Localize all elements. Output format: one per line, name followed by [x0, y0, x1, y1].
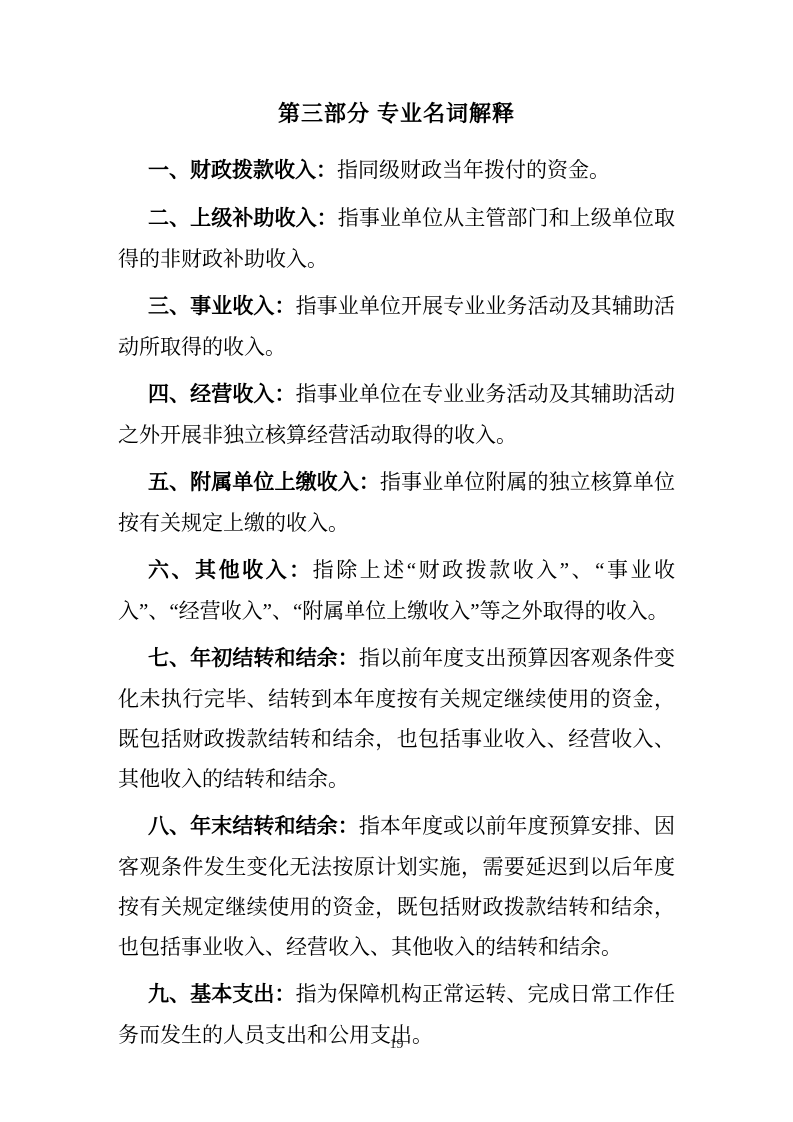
definition-paragraph: 一、财政拨款收入：指同级财政当年拨付的资金。 [118, 150, 675, 191]
page-number: 19 [0, 1037, 793, 1053]
definition-term: 八、年末结转和结余： [148, 815, 359, 838]
definition-body: 指同级财政当年拨付的资金。 [337, 158, 610, 182]
definition-term: 四、经营收入： [148, 383, 296, 406]
definition-paragraph: 七、年初结转和结余：指以前年度支出预算因客观条件变化未执行完毕、结转到本年度按有… [118, 638, 675, 799]
definition-paragraph: 六、其他收入：指除上述“财政拨款收入”、“事业收入”、“经营收入”、“附属单位上… [118, 550, 675, 631]
definition-term: 二、上级补助收入： [148, 207, 338, 230]
definition-term: 九、基本支出： [148, 983, 296, 1006]
definition-term: 一、财政拨款收入： [148, 159, 337, 182]
definition-term: 五、附属单位上缴收入： [148, 471, 380, 494]
definition-paragraph: 五、附属单位上缴收入：指事业单位附属的独立核算单位按有关规定上缴的收入。 [118, 462, 675, 543]
document-content: 第三部分 专业名词解释 一、财政拨款收入：指同级财政当年拨付的资金。 二、上级补… [118, 100, 675, 1062]
document-page: 第三部分 专业名词解释 一、财政拨款收入：指同级财政当年拨付的资金。 二、上级补… [0, 0, 793, 1122]
definition-term: 七、年初结转和结余： [148, 647, 359, 670]
definition-paragraph: 四、经营收入：指事业单位在专业业务活动及其辅助活动之外开展非独立核算经营活动取得… [118, 374, 675, 455]
definition-paragraph: 八、年末结转和结余：指本年度或以前年度预算安排、因客观条件发生变化无法按原计划实… [118, 806, 675, 967]
section-title: 第三部分 专业名词解释 [118, 100, 675, 128]
definition-paragraph: 二、上级补助收入：指事业单位从主管部门和上级单位取得的非财政补助收入。 [118, 198, 675, 279]
definition-term: 六、其他收入： [148, 559, 313, 582]
definition-paragraph: 三、事业收入：指事业单位开展专业业务活动及其辅助活动所取得的收入。 [118, 286, 675, 367]
definition-term: 三、事业收入： [148, 295, 296, 318]
